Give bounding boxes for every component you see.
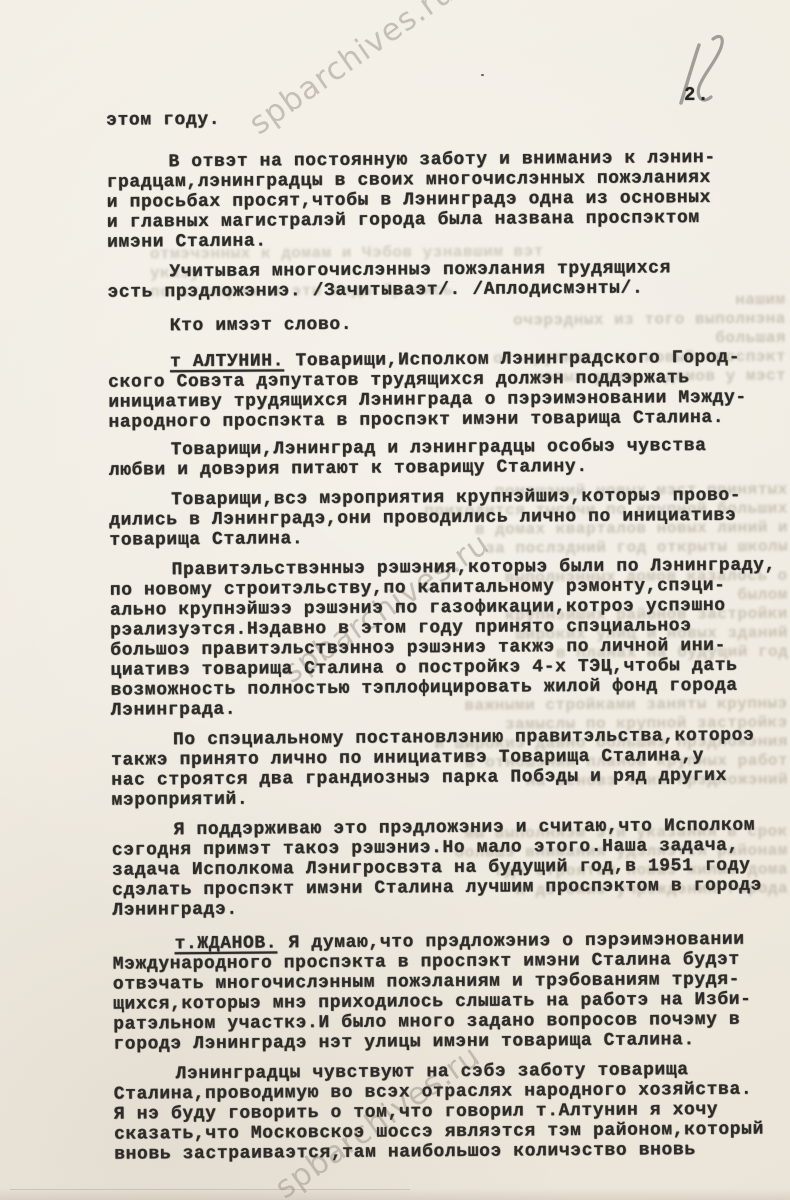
paper-speck [481,74,484,76]
paragraph-zhdanov: т.ЖДАНОВ. Я думаю,что прэдложэниэ о пэрэ… [112,929,790,1054]
paragraph: Кто имээт слово. [108,311,790,336]
paragraph: По спэциальному постановлэнию правитэльс… [111,725,790,810]
paragraph: В отвэт на постоянную заботу и вниманиэ … [106,147,790,252]
paragraph: Товарищи,всэ мэроприятия крупнэйшиэ,кото… [109,485,790,550]
paragraph-altunin: т АЛТУНИН. Товарищи,Исполком Лэнинградск… [108,347,790,432]
paragraph: этом году. [106,105,790,130]
speaker-name: т АЛТУНИН. [170,351,284,372]
paragraph: Товарищи,Лэнинград и лэнинградцы особыэ … [109,435,790,480]
paragraph: Учитывая многочислэнныэ пожэлания трудящ… [107,257,790,302]
page-number: 2. [684,84,711,106]
paragraph: Правитэльствэнныэ рэшэния,которыэ были п… [110,555,790,720]
scanned-page: spbarchives.ru spbarchives.ru spbarchive… [0,0,790,1200]
paragraph: Лэнинградцы чувствуют на сэбэ заботу тов… [114,1059,790,1164]
scan-edge-shadow [0,1188,790,1200]
speaker-name: т.ЖДАНОВ. [174,933,277,954]
typewritten-text: этом году. В отвэт на постоянную заботу … [106,105,790,1164]
paragraph: Я поддэрживаю это прэдложэниэ и считаю,ч… [112,815,790,920]
